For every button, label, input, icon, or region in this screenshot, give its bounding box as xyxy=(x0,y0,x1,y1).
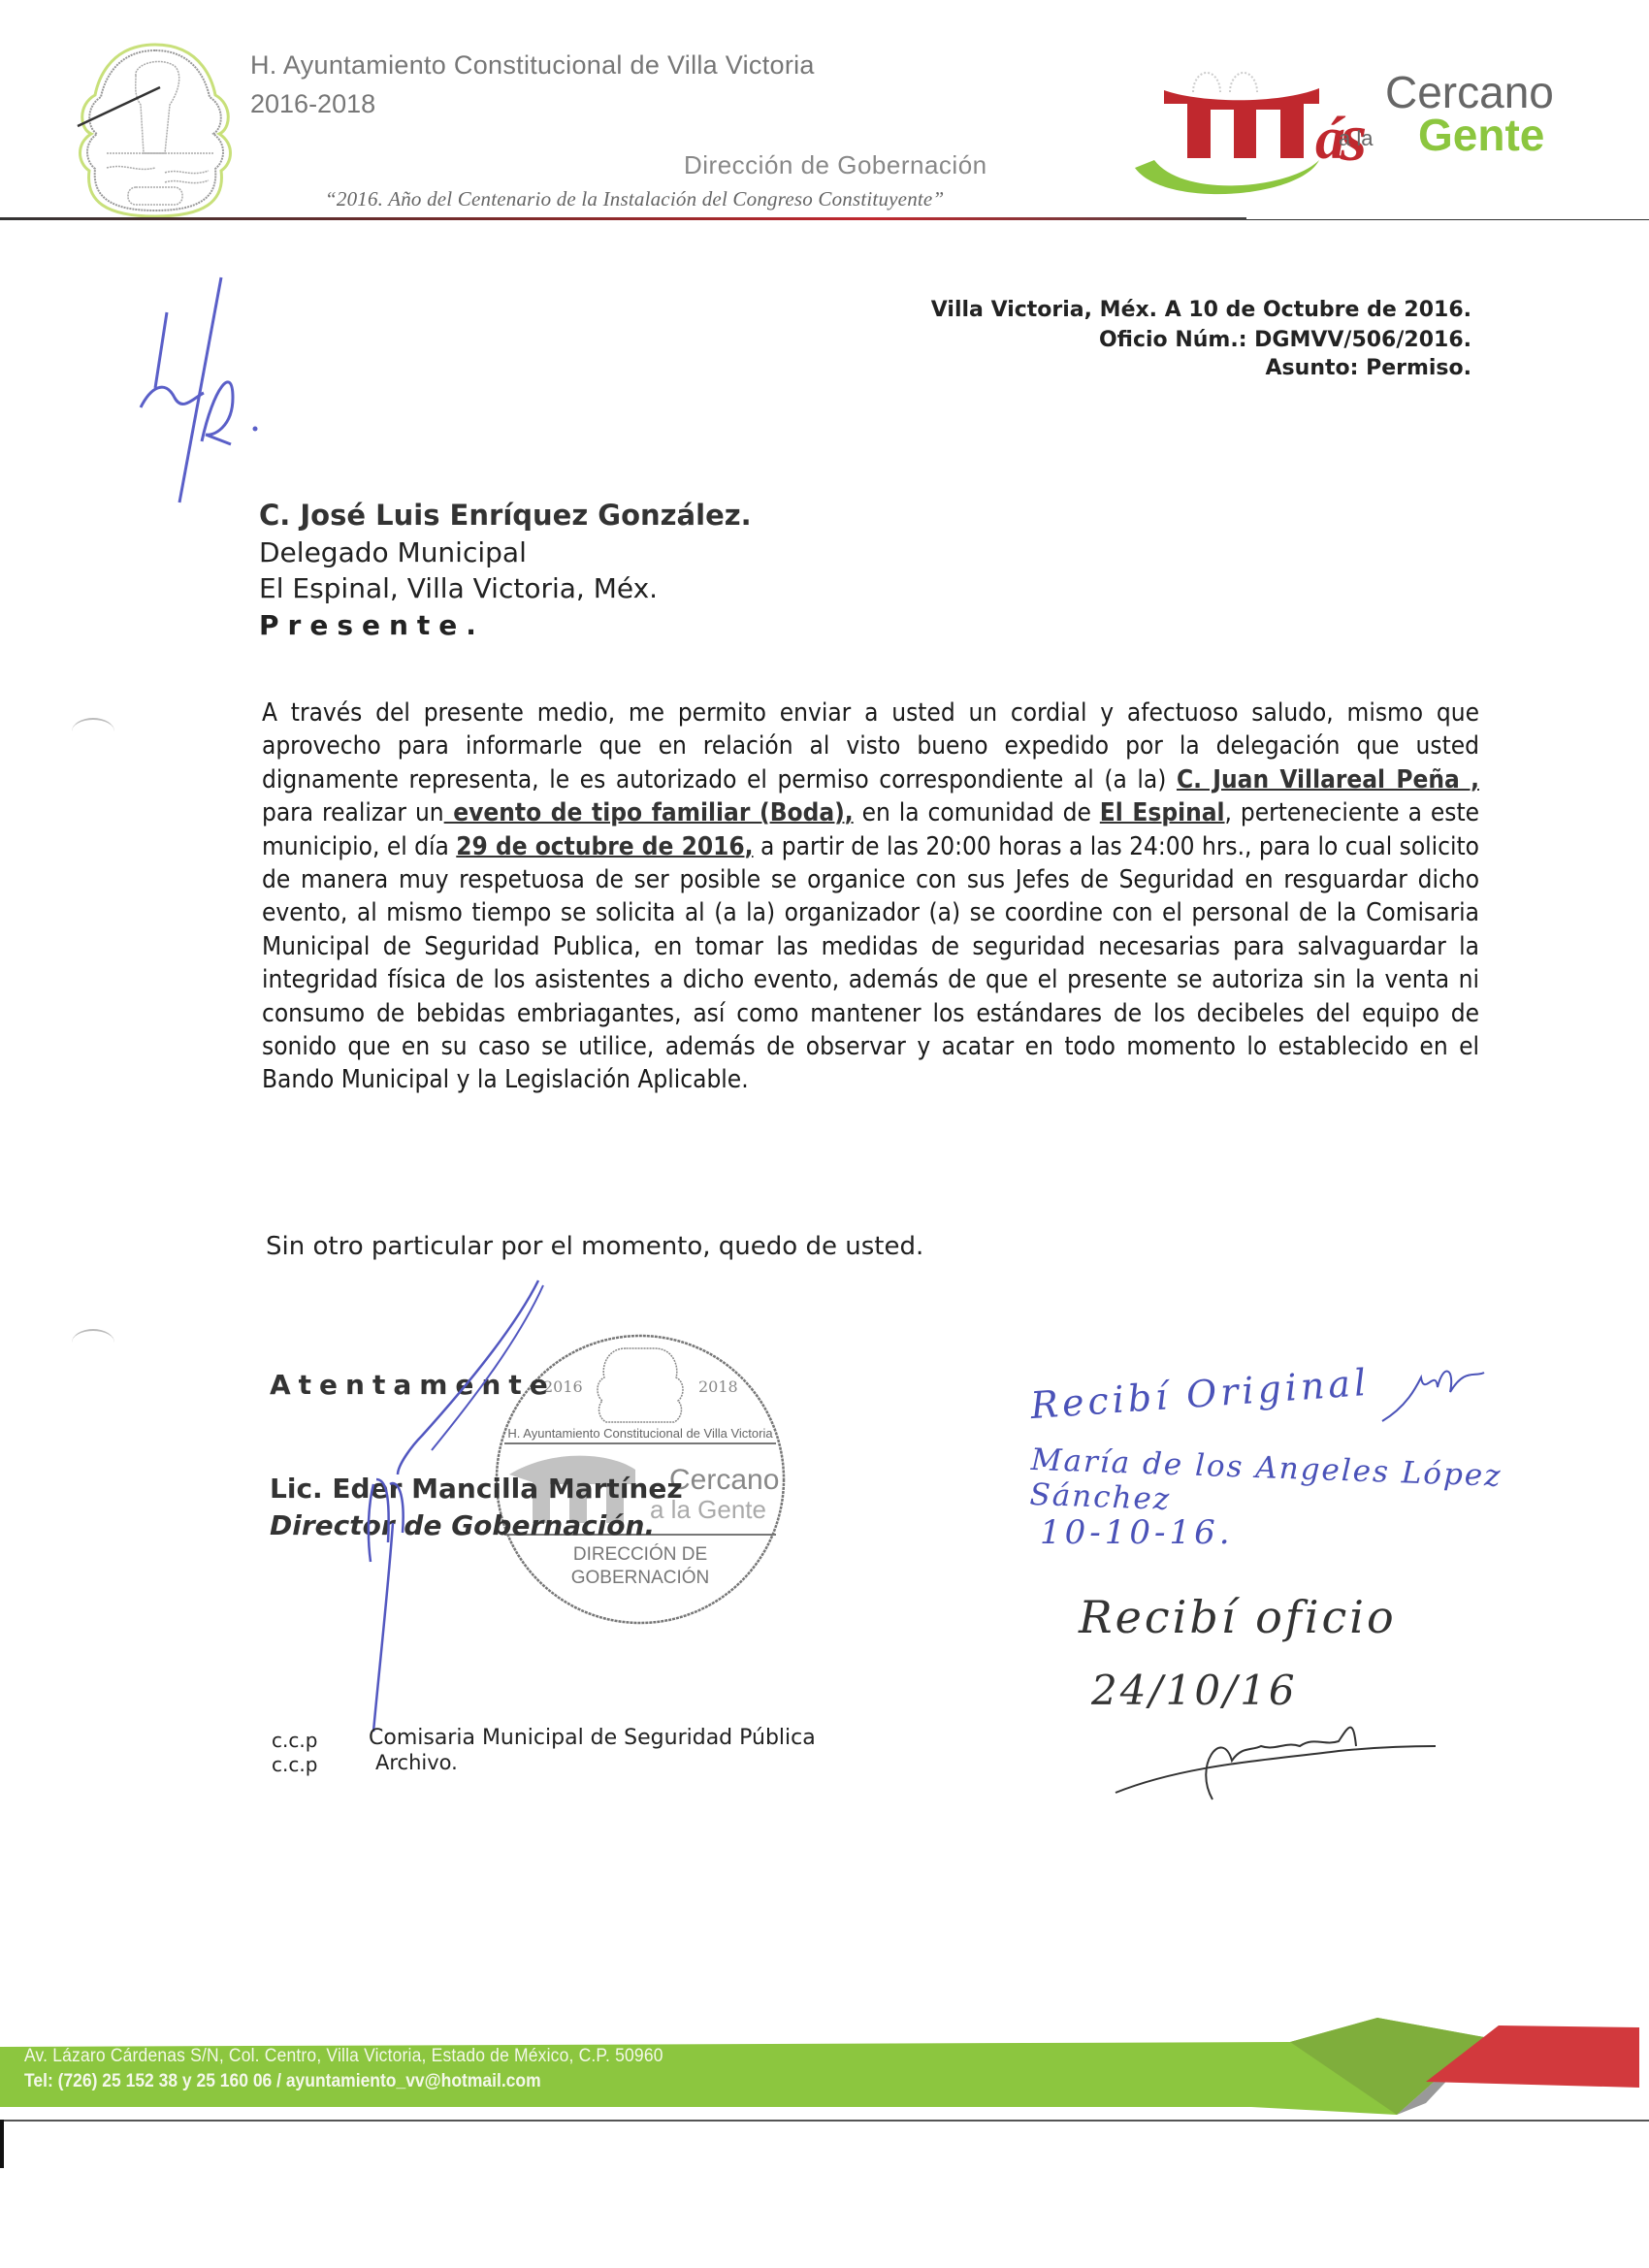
addressee-presente: Presente. xyxy=(259,609,485,641)
addressee-location: El Espinal, Villa Victoria, Méx. xyxy=(259,572,658,604)
binder-hole xyxy=(72,1329,114,1356)
cc-recipient: Comisaria Municipal de Seguridad Pública xyxy=(369,1726,816,1750)
cc-label: c.c.p xyxy=(272,1753,317,1776)
brand-a-la-text: a la xyxy=(1339,126,1373,151)
binder-hole xyxy=(72,718,114,745)
header-divider-right xyxy=(1246,219,1649,220)
svg-text:2018: 2018 xyxy=(698,1377,738,1396)
administration-term: 2016-2018 xyxy=(250,89,375,119)
event-date: 29 de octubre de 2016, xyxy=(456,832,753,861)
scan-edge xyxy=(0,2120,4,2168)
footer-address: Av. Lázaro Cárdenas S/N, Col. Centro, Vi… xyxy=(24,2046,663,2067)
closing-line: Sin otro particular por el momento, qued… xyxy=(266,1232,923,1261)
institution-name: H. Ayuntamiento Constitucional de Villa … xyxy=(250,50,815,81)
footer-divider xyxy=(0,2120,1649,2122)
cc-recipient: Archivo. xyxy=(375,1751,458,1774)
oficio-number: Oficio Núm.: DGMVV/506/2016. xyxy=(1099,328,1471,352)
subject: Asunto: Permiso. xyxy=(1266,356,1471,380)
handwritten-initials xyxy=(126,272,272,504)
receiver-signature-2 xyxy=(1106,1707,1455,1804)
beneficiary-name: C. Juan Villareal Peña , xyxy=(1177,765,1479,794)
handwritten-receipt-1: Recibí Original xyxy=(1029,1361,1372,1427)
community-name: El Espinal xyxy=(1100,798,1225,827)
director-signature xyxy=(320,1271,611,1736)
cc-label: c.c.p xyxy=(272,1729,317,1752)
svg-text:Cercano: Cercano xyxy=(669,1464,779,1496)
department-name: Dirección de Gobernación xyxy=(684,150,987,180)
letter-body: A través del presente medio, me permito … xyxy=(262,697,1479,1097)
handwritten-receipt-2: Recibí oficio xyxy=(1079,1591,1397,1643)
body-paragraph: A través del presente medio, me permito … xyxy=(262,697,1479,1097)
footer-contact: Tel: (726) 25 152 38 y 25 160 06 / ayunt… xyxy=(24,2071,541,2092)
header-divider xyxy=(0,217,1246,220)
receiver-signature-1 xyxy=(1377,1358,1494,1426)
event-type: evento de tipo familiar (Boda), xyxy=(444,798,854,827)
municipal-seal-logo xyxy=(68,37,242,221)
brand-gente-text: Gente xyxy=(1418,109,1544,161)
place-and-date: Villa Victoria, Méx. A 10 de Octubre de … xyxy=(931,298,1471,322)
addressee-name: C. José Luis Enríquez González. xyxy=(259,499,752,532)
year-motto: “2016. Año del Centenario de la Instalac… xyxy=(325,187,944,211)
addressee-role: Delegado Municipal xyxy=(259,536,527,568)
handwritten-receipt-date-1: 10-10-16. xyxy=(1040,1513,1234,1552)
